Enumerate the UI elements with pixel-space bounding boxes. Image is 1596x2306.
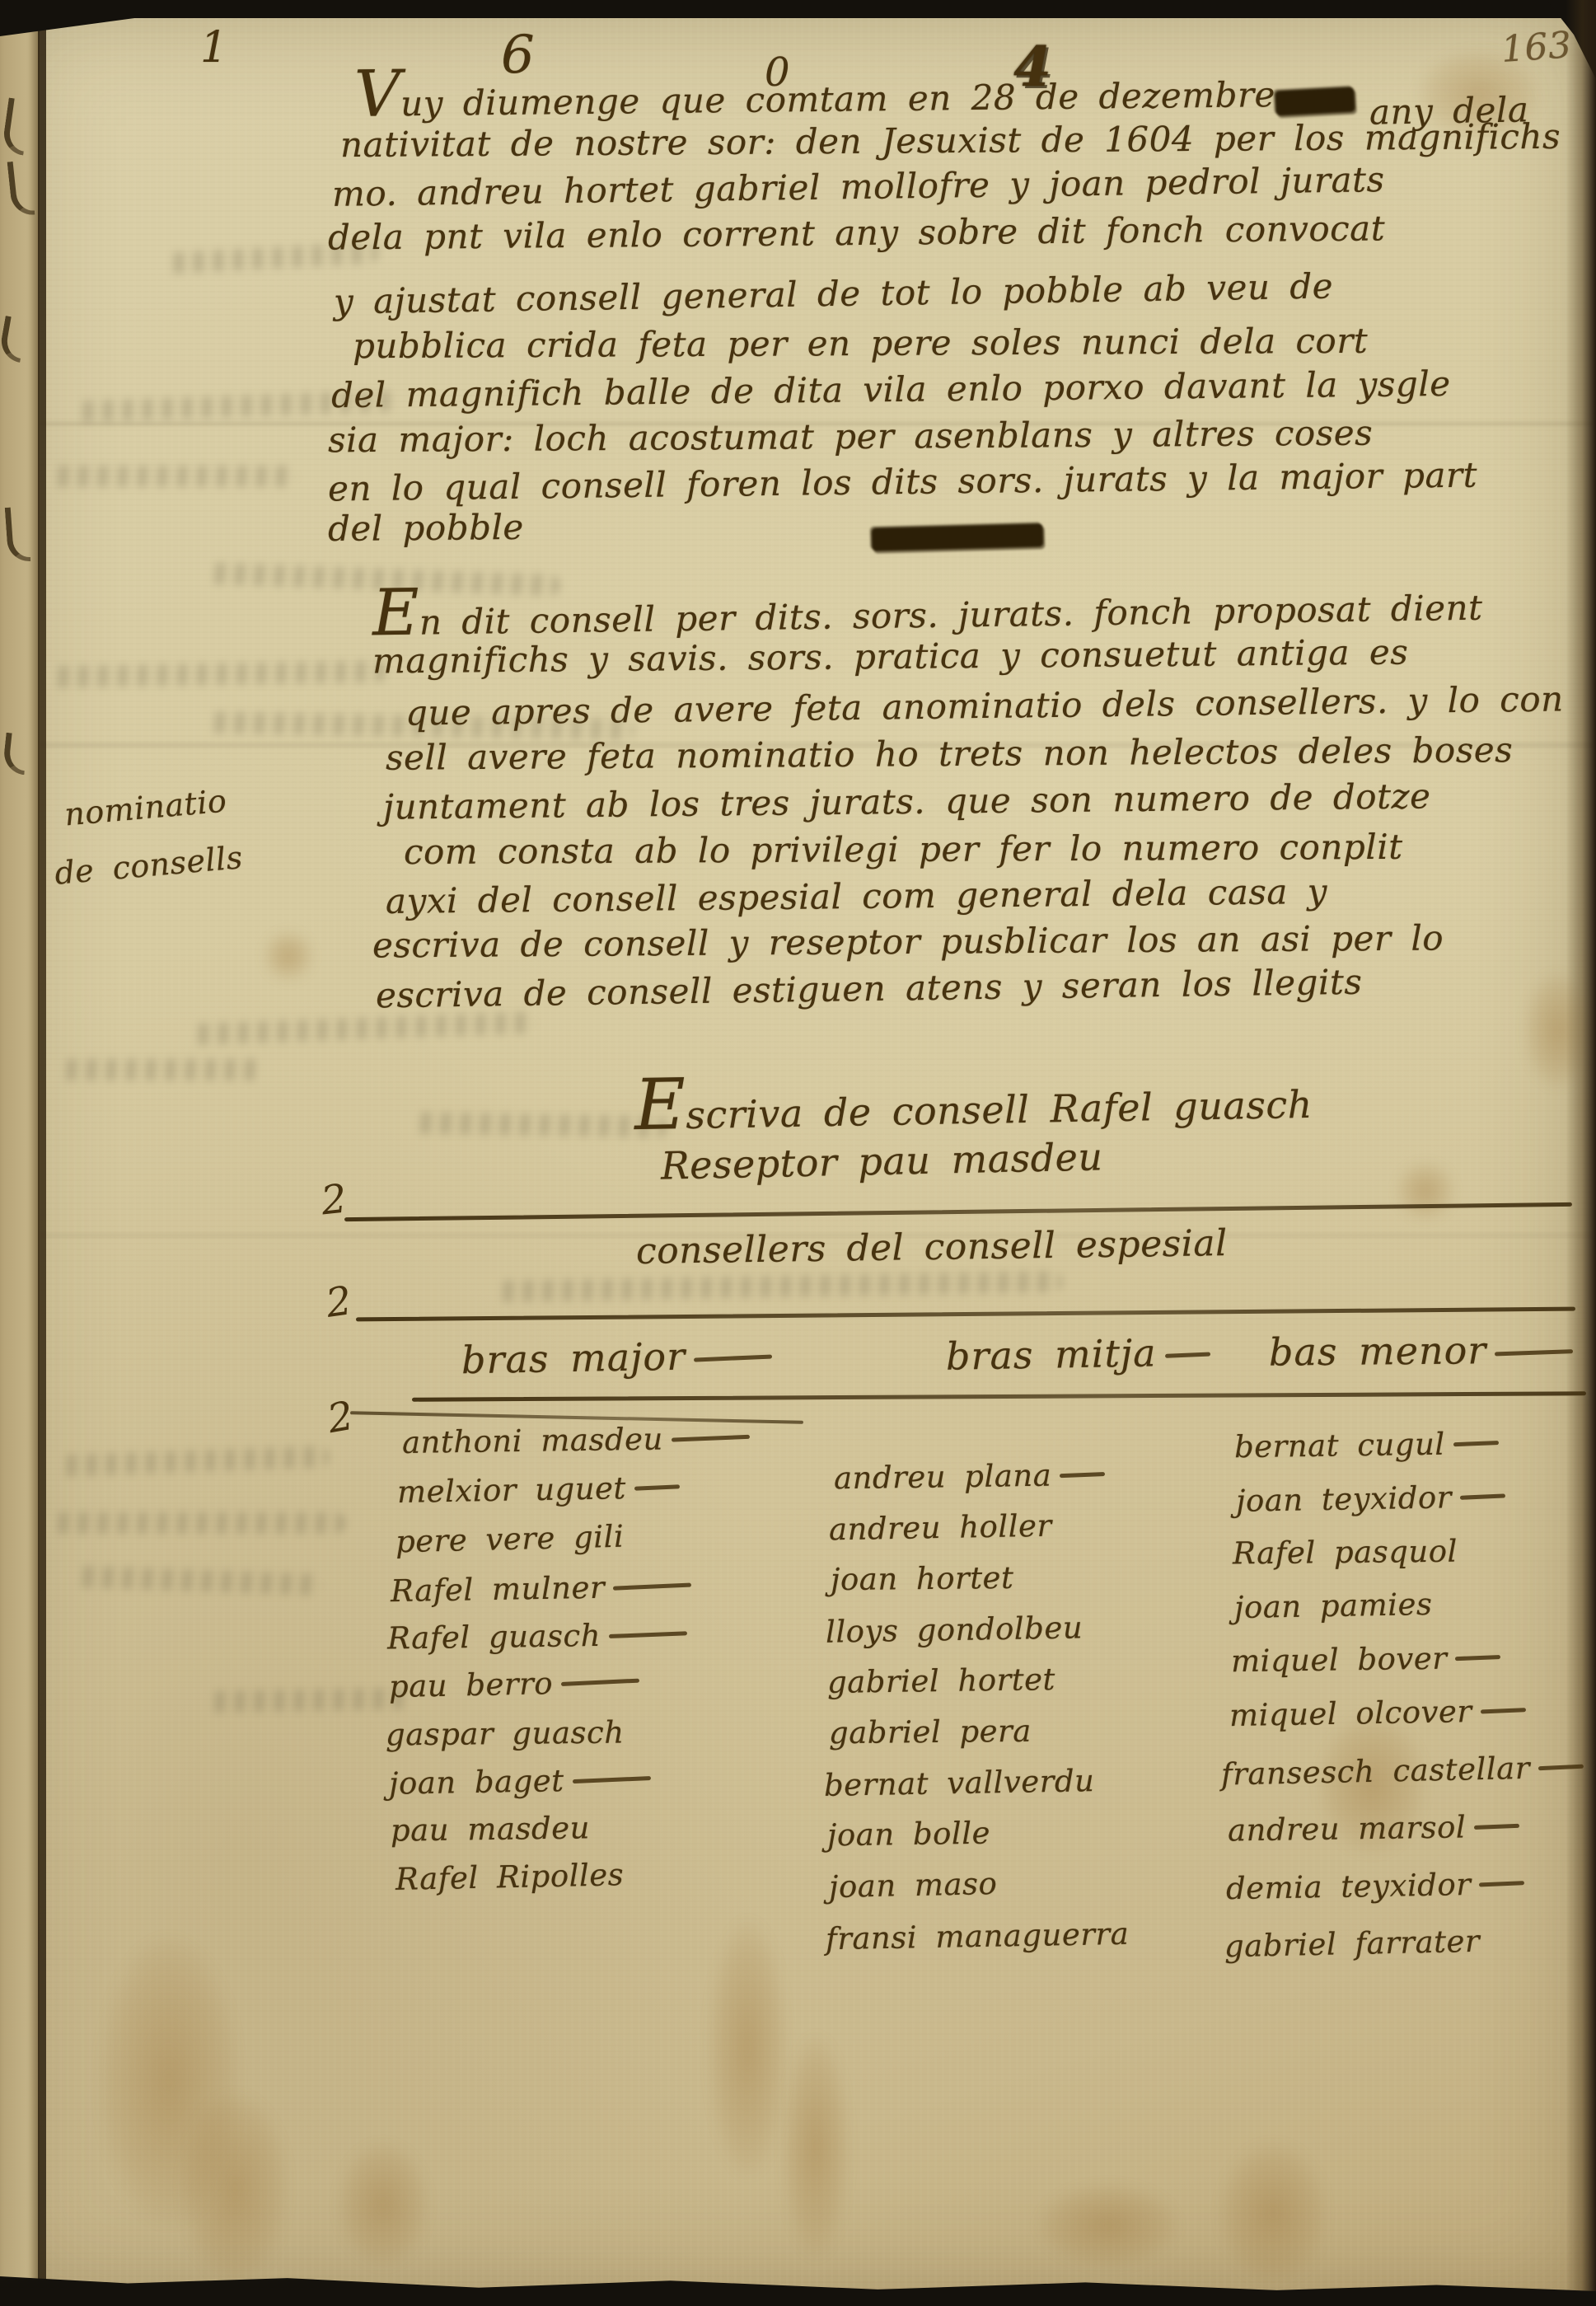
council-member-name: Rafel guasch <box>387 1616 688 1656</box>
council-member-name: fransesch castellar <box>1221 1749 1584 1792</box>
year-digit-1: 1 <box>200 23 228 73</box>
photo-background-top <box>0 0 1596 18</box>
bleed-through-text <box>49 466 297 487</box>
paragraph1-line: sia major: loch acostumat per asenblans … <box>328 413 1374 461</box>
council-member-name: pau berro <box>389 1664 640 1704</box>
rule-flourish-mark: 2 <box>323 1277 354 1327</box>
paragraph2-line: sell avere feta nominatio ho trets non h… <box>386 729 1514 778</box>
council-member-name: joan hortet <box>831 1560 1014 1597</box>
council-member-name: lloys gondolbeu <box>826 1610 1084 1649</box>
rule-flourish-mark: 2 <box>319 1176 349 1225</box>
council-member-name: miquel olcover <box>1229 1693 1526 1733</box>
council-member-name: bernat cugul <box>1234 1426 1499 1465</box>
council-member-name: pau masdeu <box>391 1810 590 1848</box>
paragraph2-line: escriva de consell y reseptor pusblicar … <box>372 917 1444 965</box>
manuscript-page-scan: 163 1 6 0 4 Vuy diumenge que comtam en 2… <box>0 0 1596 2306</box>
paragraph2-line: escriva de consell estiguen atens y sera… <box>376 962 1363 1016</box>
page-number: 163 <box>1500 24 1573 71</box>
council-member-name: Rafel Ripolles <box>395 1857 625 1897</box>
council-member-name: bernat vallverdu <box>824 1763 1095 1803</box>
bleed-through-text <box>49 1512 346 1534</box>
page-right-edge-shadow <box>1566 0 1596 2306</box>
paragraph1-line: pubblica crida feta per en pere soles nu… <box>353 321 1368 366</box>
council-member-name: demia teyxidor <box>1226 1866 1525 1906</box>
council-member-name: joan teyxidor <box>1236 1479 1506 1519</box>
council-member-name: gabriel pera <box>829 1713 1032 1751</box>
bleed-through-text <box>74 1566 322 1596</box>
paragraph1-line: dela pnt vila enlo corrent any sobre dit… <box>328 208 1386 257</box>
column-header-bas-menor: bas menor <box>1269 1327 1574 1374</box>
paragraph1-line: y ajustat consell general de tot lo pobb… <box>334 265 1334 321</box>
bleed-through-text <box>190 1012 536 1046</box>
council-member-name: Rafel pasquol <box>1233 1534 1458 1572</box>
stain <box>1038 2184 1178 2266</box>
paragraph1-line: del magnifich balle de dita vila enlo po… <box>331 363 1451 415</box>
council-member-name: gabriel hortet <box>827 1662 1055 1700</box>
section-heading: consellers del consell espesial <box>636 1222 1228 1273</box>
stain <box>181 2093 288 2283</box>
paragraph2-line: com consta ab lo privilegi per fer lo nu… <box>404 827 1403 872</box>
paragraph2-line: juntament ab los tres jurats. que son nu… <box>383 776 1431 827</box>
council-member-name: miquel bover <box>1231 1640 1501 1680</box>
council-member-name: andreu holler <box>829 1508 1052 1548</box>
margin-note-line1: nominatio <box>63 782 228 832</box>
column-header-bras-mitja: bras mitja <box>946 1329 1210 1379</box>
stain <box>264 931 313 981</box>
council-member-name: Rafel mulner <box>391 1568 692 1609</box>
stain <box>338 2143 428 2266</box>
paragraph1-line: nativitat de nostre sor: den Jesuxist de… <box>340 116 1561 165</box>
stain <box>1219 2143 1327 2283</box>
council-member-name: joan bolle <box>827 1816 991 1854</box>
photo-background-bottom <box>0 2262 1596 2306</box>
council-member-name: joan pamies <box>1234 1587 1433 1625</box>
margin-note-line2: de consells <box>54 839 245 892</box>
paragraph2-line: magnifichs y savis. sors. pratica y cons… <box>372 632 1409 682</box>
stain <box>709 1920 787 2176</box>
rule-flourish-mark: 2 <box>324 1393 357 1442</box>
struck-out-passage <box>872 523 1044 551</box>
bleed-through-text <box>412 1112 667 1137</box>
stain <box>783 2036 849 2258</box>
council-member-name: gaspar guasch <box>386 1714 625 1752</box>
paragraph1-line: en lo qual consell foren los dits sors. … <box>328 454 1477 509</box>
paragraph1-line: mo. andreu hortet gabriel mollofre y joa… <box>332 159 1385 214</box>
bleed-through-text <box>58 1446 330 1477</box>
council-member-name: fransi managuerra <box>826 1916 1130 1957</box>
council-member-name: joan maso <box>829 1866 998 1905</box>
struck-out-word <box>1275 87 1355 116</box>
photo-background-top-left <box>0 0 148 36</box>
stain <box>1397 1162 1454 1220</box>
council-member-name: andreu marsol <box>1228 1809 1520 1849</box>
council-member-name: melxior uguet <box>397 1469 681 1510</box>
council-member-name: gabriel farrater <box>1224 1924 1481 1964</box>
council-member-name: joan baget <box>389 1761 651 1802</box>
paragraph2-line: ayxi del consell espesial com general de… <box>386 871 1327 921</box>
bleed-through-text <box>49 660 387 687</box>
horizontal-rule <box>356 1307 1575 1322</box>
receptor-line: Reseptor pau masdeu <box>660 1134 1103 1188</box>
bleed-through-text <box>58 1059 264 1080</box>
paragraph1-line: del pobble <box>328 507 524 549</box>
column-header-bras-major: bras major <box>461 1333 773 1383</box>
paragraph2-line: que apres de avere feta anominatio dels … <box>405 678 1564 733</box>
horizontal-rule <box>412 1391 1586 1401</box>
council-member-name: andreu plana <box>834 1457 1106 1497</box>
paragraph1-line: Vuy diumenge que comtam en 28 de dezembr… <box>354 63 1275 124</box>
paragraph1-line1-pre: Vuy diumenge que comtam en 28 de dezembr… <box>354 74 1275 124</box>
bleed-through-text <box>494 1271 1063 1302</box>
council-member-name: anthoni masdeu <box>402 1420 750 1460</box>
gutter-crease <box>38 0 46 2306</box>
council-scribe-line: Escriva de consell Rafel guasch <box>634 1070 1313 1138</box>
stain <box>99 1937 239 2225</box>
horizontal-rule <box>344 1202 1572 1221</box>
bleed-through-text <box>206 1688 412 1713</box>
council-member-name: pere vere gili <box>395 1519 625 1560</box>
